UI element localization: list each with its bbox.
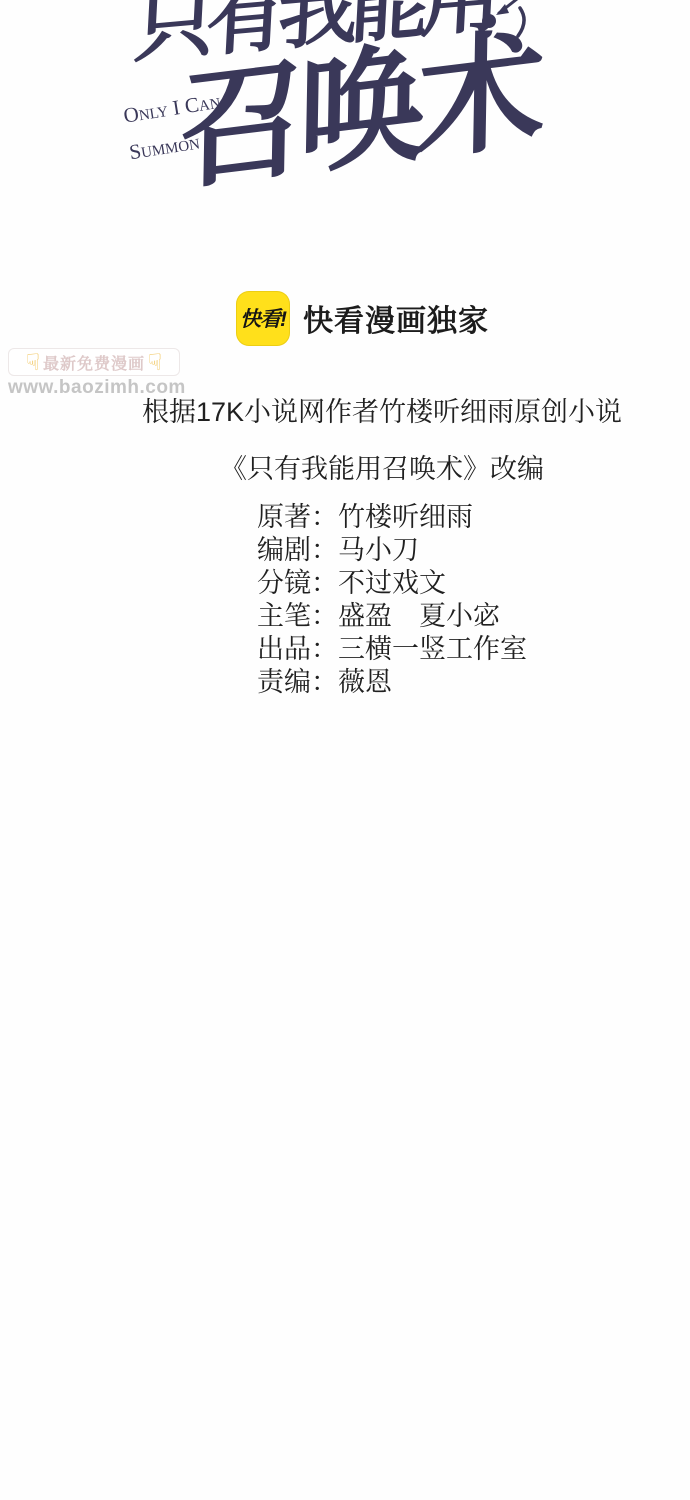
credit-label: 编剧： xyxy=(257,535,338,565)
publisher-row: 快看! 快看漫画独家 xyxy=(236,290,489,346)
circle-arrow-doodle-icon xyxy=(476,0,528,58)
credit-label: 责编： xyxy=(257,667,338,697)
credit-row-storyboard: 分镜：不过戏文 xyxy=(257,567,527,600)
adaptation-source-line: 根据17K小说网作者竹楼听细雨原创小说 xyxy=(74,390,690,429)
credit-row-original-author: 原著：竹楼听细雨 xyxy=(257,501,527,534)
kuaikan-badge-text: 快看! xyxy=(240,303,286,333)
adaptation-notice: 根据17K小说网作者竹楼听细雨原创小说 《只有我能用召唤术》改编 xyxy=(74,390,690,486)
watermark-banner: ☟ 最新免费漫画 ☟ xyxy=(8,348,180,376)
title-english-subtitle: Only I Can Summon xyxy=(121,83,229,171)
credit-row-production: 出品：三横一竖工作室 xyxy=(257,633,527,666)
hand-down-icon: ☟ xyxy=(148,351,162,374)
adaptation-title-line: 《只有我能用召唤术》改编 xyxy=(74,447,690,486)
credit-label: 主笔： xyxy=(257,601,338,631)
credit-label: 原著： xyxy=(257,502,338,532)
credit-row-editor: 责编：薇恩 xyxy=(257,666,527,699)
hand-down-icon: ☟ xyxy=(26,351,40,374)
credit-label: 出品： xyxy=(257,634,338,664)
credits-list: 原著：竹楼听细雨 编剧：马小刀 分镜：不过戏文 主笔：盛盈 夏小宓 出品：三横一… xyxy=(257,501,527,699)
credit-value: 三横一竖工作室 xyxy=(338,634,527,664)
credit-value: 盛盈 夏小宓 xyxy=(338,601,500,631)
credit-row-lead-artist: 主笔：盛盈 夏小宓 xyxy=(257,600,527,633)
credit-label: 分镜： xyxy=(257,568,338,598)
credit-row-screenwriter: 编剧：马小刀 xyxy=(257,534,527,567)
comic-credits-page: 只有我能用 召唤术 Only I Can Summon 快看! 快看漫画独家 ☟… xyxy=(0,0,690,1500)
credit-value: 马小刀 xyxy=(338,535,419,565)
credit-value: 不过戏文 xyxy=(338,568,446,598)
credit-value: 竹楼听细雨 xyxy=(338,502,473,532)
kuaikan-logo-icon: 快看! xyxy=(236,291,290,346)
credit-value: 薇恩 xyxy=(338,667,392,697)
watermark-text: 最新免费漫画 xyxy=(43,351,145,374)
publisher-exclusive-label: 快看漫画独家 xyxy=(303,296,489,340)
